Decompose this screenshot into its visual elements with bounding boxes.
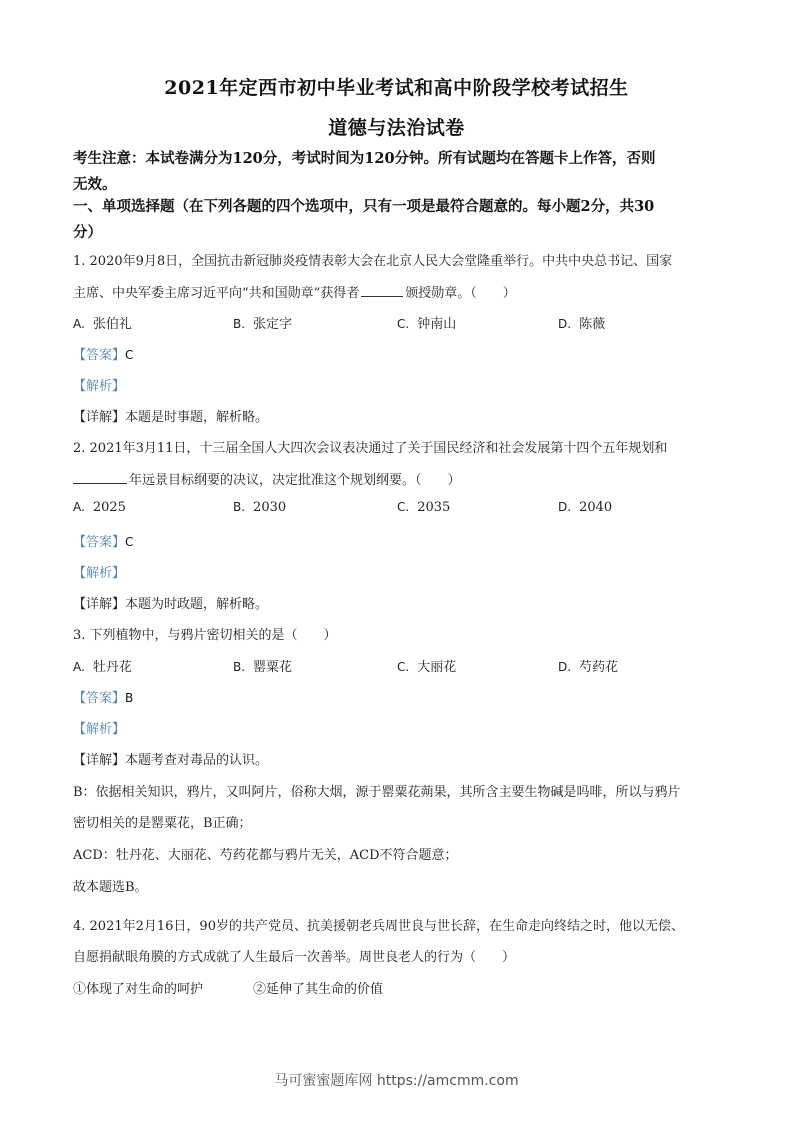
question-1-option-b: B.张定字 xyxy=(233,313,292,332)
option-text: 2030 xyxy=(253,500,286,515)
question-4-statement-1: ①体现了对生命的呵护 xyxy=(73,978,203,997)
option-letter: C. xyxy=(397,317,409,331)
question-2-option-d: D.2040 xyxy=(558,500,612,515)
detail-label: 【详解】 xyxy=(73,753,125,768)
option-text: 2025 xyxy=(93,500,126,515)
question-1-detail: 【详解】本题是时事题，解析略。 xyxy=(73,406,268,425)
option-letter: A. xyxy=(73,317,85,331)
option-letter: B. xyxy=(233,317,245,331)
answer-label: 【答案】 xyxy=(73,348,125,363)
question-3-explanation-3: ACD：牡丹花、大丽花、芍药花都与鸦片无关，ACD不符合题意； xyxy=(73,844,458,863)
question-2-line2: 年远景目标纲要的决议，决定批准这个规划纲要。（ ） xyxy=(129,473,461,488)
option-letter: B. xyxy=(233,660,245,674)
option-letter: C. xyxy=(397,500,409,514)
option-text: 大丽花 xyxy=(417,660,456,675)
question-2-text-cont: 年远景目标纲要的决议，决定批准这个规划纲要。（ ） xyxy=(73,469,461,488)
option-text: 陈薇 xyxy=(579,317,605,332)
option-letter: A. xyxy=(73,660,85,674)
question-2-option-a: A.2025 xyxy=(73,500,126,515)
question-1-text: 1. 2020年9月8日，全国抗击新冠肺炎疫情表彰大会在北京人民大会堂隆重举行。… xyxy=(73,250,672,269)
question-2-analysis-label: 【解析】 xyxy=(73,562,125,581)
question-2-option-b: B.2030 xyxy=(233,500,286,515)
option-text: 罂粟花 xyxy=(253,660,292,675)
detail-text: 本题为时政题，解析略。 xyxy=(125,597,268,612)
question-3-analysis-label: 【解析】 xyxy=(73,718,125,737)
fill-blank xyxy=(361,284,403,297)
option-letter: D. xyxy=(558,660,571,674)
question-2-option-c: C.2035 xyxy=(397,500,450,515)
page-subtitle: 道德与法治试卷 xyxy=(0,113,793,140)
page-title: 2021年定西市初中毕业考试和高中阶段学校考试招生 xyxy=(0,73,793,100)
footer-watermark: 马可蜜蜜题库网 https://amcmm.com xyxy=(0,1070,793,1090)
question-1-option-a: A.张伯礼 xyxy=(73,313,132,332)
option-text: 芍药花 xyxy=(579,660,618,675)
option-text: 牡丹花 xyxy=(93,660,132,675)
fill-blank xyxy=(73,471,127,484)
question-1-line2a: 主席、中央军委主席习近平向“共和国勋章”获得者 xyxy=(73,286,359,301)
question-4-statement-2: ②延伸了其生命的价值 xyxy=(253,978,383,997)
question-3-option-b: B.罂粟花 xyxy=(233,656,292,675)
question-3-option-c: C.大丽花 xyxy=(397,656,456,675)
option-text: 2040 xyxy=(579,500,612,515)
question-3-answer: 【答案】B xyxy=(73,687,133,706)
answer-value: B xyxy=(125,691,133,705)
exam-page: 2021年定西市初中毕业考试和高中阶段学校考试招生 道德与法治试卷 考生注意：本… xyxy=(0,0,793,1122)
question-2-detail: 【详解】本题为时政题，解析略。 xyxy=(73,593,268,612)
section-line-2: 分） xyxy=(73,220,723,246)
option-letter: D. xyxy=(558,500,571,514)
option-text: 钟南山 xyxy=(417,317,456,332)
question-3-explanation-1: B：依据相关知识，鸦片，又叫阿片，俗称大烟，源于罂粟花蒴果，其所含主要生物碱是吗… xyxy=(73,781,681,800)
detail-label: 【详解】 xyxy=(73,410,125,425)
question-3-detail: 【详解】本题考查对毒品的认识。 xyxy=(73,749,268,768)
detail-label: 【详解】 xyxy=(73,597,125,612)
option-letter: D. xyxy=(558,317,571,331)
detail-text: 本题是时事题，解析略。 xyxy=(125,410,268,425)
exam-notice: 考生注意：本试卷满分为120分，考试时间为120分钟。所有试题均在答题卡上作答，… xyxy=(73,146,723,198)
option-text: 张定字 xyxy=(253,317,292,332)
answer-value: C xyxy=(125,535,133,549)
question-3-explanation-2: 密切相关的是罂粟花，B正确； xyxy=(73,812,252,831)
answer-value: C xyxy=(125,348,133,362)
option-letter: A. xyxy=(73,500,85,514)
section-heading: 一、单项选择题（在下列各题的四个选项中，只有一项是最符合题意的。每小题2分，共3… xyxy=(73,194,723,246)
question-1-line2b: 颁授勋章。（ ） xyxy=(405,286,516,301)
option-text: 2035 xyxy=(417,500,450,515)
option-text: 张伯礼 xyxy=(93,317,132,332)
question-1-option-c: C.钟南山 xyxy=(397,313,456,332)
detail-text: 本题考查对毒品的认识。 xyxy=(125,753,268,768)
option-letter: C. xyxy=(397,660,409,674)
question-4-text-cont: 自愿捐献眼角膜的方式成就了人生最后一次善举。周世良老人的行为（ ） xyxy=(73,946,515,965)
question-3-option-a: A.牡丹花 xyxy=(73,656,132,675)
question-1-answer: 【答案】C xyxy=(73,344,133,363)
question-2-text: 2. 2021年3月11日，十三届全国人大四次会议表决通过了关于国民经济和社会发… xyxy=(73,437,667,456)
question-1-option-d: D.陈薇 xyxy=(558,313,605,332)
question-1-analysis-label: 【解析】 xyxy=(73,375,125,394)
question-1-text-cont: 主席、中央军委主席习近平向“共和国勋章”获得者颁授勋章。（ ） xyxy=(73,282,516,301)
option-letter: B. xyxy=(233,500,245,514)
question-3-explanation-4: 故本题选B。 xyxy=(73,876,148,895)
question-3-text: 3. 下列植物中，与鸦片密切相关的是（ ） xyxy=(73,624,337,643)
question-3-option-d: D.芍药花 xyxy=(558,656,618,675)
question-4-text: 4. 2021年2月16日，90岁的共产党员、抗美援朝老兵周世良与世长辞，在生命… xyxy=(73,915,684,934)
section-line-1: 一、单项选择题（在下列各题的四个选项中，只有一项是最符合题意的。每小题2分，共3… xyxy=(73,194,723,220)
question-2-answer: 【答案】C xyxy=(73,531,133,550)
answer-label: 【答案】 xyxy=(73,691,125,706)
notice-line-1: 考生注意：本试卷满分为120分，考试时间为120分钟。所有试题均在答题卡上作答，… xyxy=(73,146,723,172)
answer-label: 【答案】 xyxy=(73,535,125,550)
